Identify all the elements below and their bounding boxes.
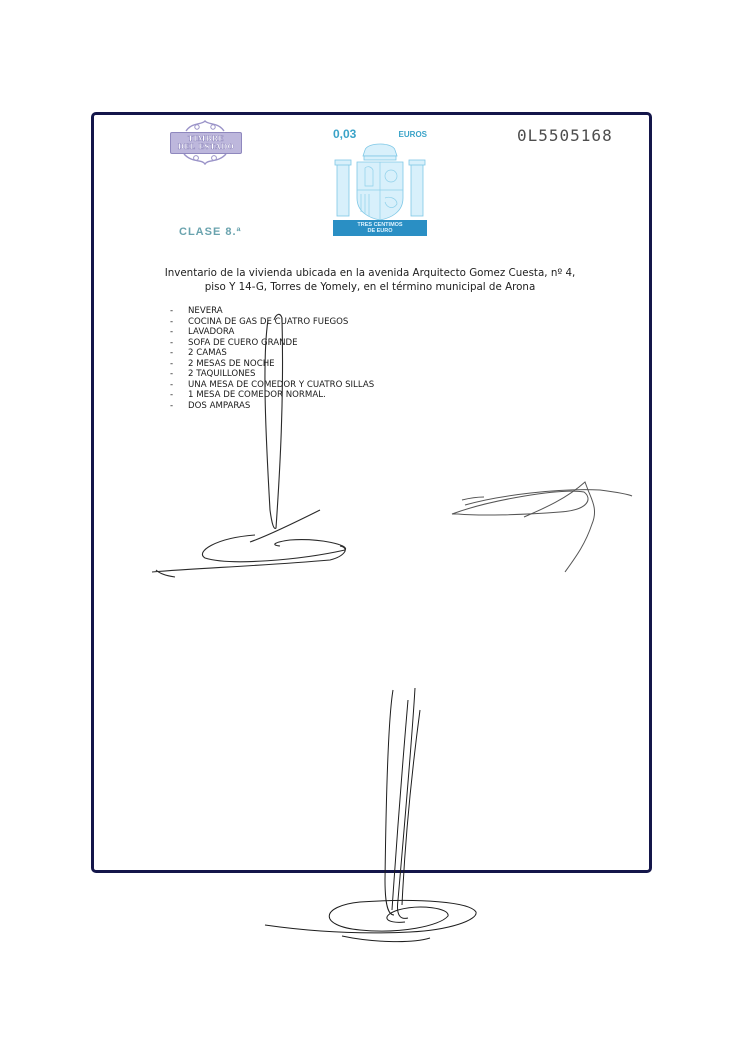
bullet-dash: - xyxy=(170,401,188,412)
inventory-item: -NEVERA xyxy=(170,306,374,317)
stamp-band-line-2: DE EURO xyxy=(367,228,392,234)
inventory-item-label: LAVADORA xyxy=(188,327,234,338)
heading-line-1: Inventario de la vivienda ubicada en la … xyxy=(140,266,600,280)
bullet-dash: - xyxy=(170,380,188,391)
bullet-dash: - xyxy=(170,338,188,349)
timbre-del-estado-seal: TIMBRE DEL ESTADO xyxy=(166,119,244,165)
inventory-item-label: 2 MESAS DE NOCHE xyxy=(188,359,275,370)
tax-stamp: 0,03 EUROS TRES CENTIMOS DE EURO xyxy=(331,124,429,238)
class-label: CLASE 8.ª xyxy=(179,226,242,238)
coat-of-arms-icon xyxy=(331,142,429,222)
inventory-item-label: COCINA DE GAS DE CUATRO FUEGOS xyxy=(188,317,348,328)
bullet-dash: - xyxy=(170,369,188,380)
serial-number: 0L5505168 xyxy=(517,126,613,145)
bullet-dash: - xyxy=(170,348,188,359)
seal-banner: TIMBRE DEL ESTADO xyxy=(170,132,242,154)
bullet-dash: - xyxy=(170,317,188,328)
inventory-item: -COCINA DE GAS DE CUATRO FUEGOS xyxy=(170,317,374,328)
bullet-dash: - xyxy=(170,390,188,401)
document-heading: Inventario de la vivienda ubicada en la … xyxy=(140,266,600,294)
inventory-item-label: UNA MESA DE COMEDOR Y CUATRO SILLAS xyxy=(188,380,374,391)
bullet-dash: - xyxy=(170,306,188,317)
stamp-band: TRES CENTIMOS DE EURO xyxy=(333,220,427,236)
inventory-item-label: 1 MESA DE COMEDOR NORMAL. xyxy=(188,390,326,401)
inventory-item: -2 TAQUILLONES xyxy=(170,369,374,380)
inventory-item: -UNA MESA DE COMEDOR Y CUATRO SILLAS xyxy=(170,380,374,391)
inventory-item-label: NEVERA xyxy=(188,306,223,317)
heading-line-2: piso Y 14-G, Torres de Yomely, en el tér… xyxy=(140,280,600,294)
inventory-item-label: 2 TAQUILLONES xyxy=(188,369,255,380)
inventory-item-label: DOS AMPARAS xyxy=(188,401,250,412)
bullet-dash: - xyxy=(170,327,188,338)
inventory-item: -1 MESA DE COMEDOR NORMAL. xyxy=(170,390,374,401)
bullet-dash: - xyxy=(170,359,188,370)
stamp-currency: EUROS xyxy=(399,130,427,139)
inventory-item-label: 2 CAMAS xyxy=(188,348,227,359)
inventory-item: -SOFA DE CUERO GRANDE xyxy=(170,338,374,349)
inventory-item: -2 CAMAS xyxy=(170,348,374,359)
inventory-item: -LAVADORA xyxy=(170,327,374,338)
inventory-item: -2 MESAS DE NOCHE xyxy=(170,359,374,370)
inventory-list: -NEVERA-COCINA DE GAS DE CUATRO FUEGOS-L… xyxy=(170,306,374,411)
stamp-value: 0,03 xyxy=(333,127,356,141)
inventory-item-label: SOFA DE CUERO GRANDE xyxy=(188,338,298,349)
seal-line-2: DEL ESTADO xyxy=(178,143,235,151)
inventory-item: -DOS AMPARAS xyxy=(170,401,374,412)
